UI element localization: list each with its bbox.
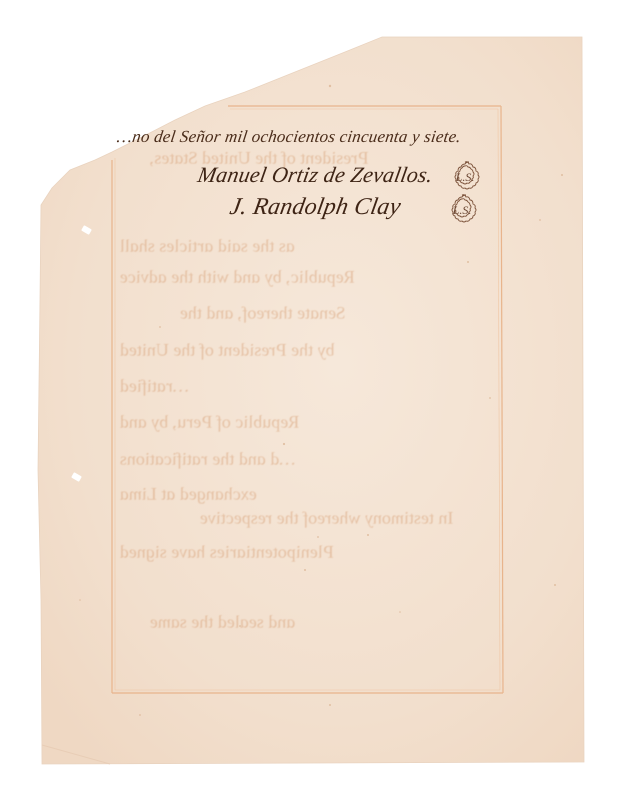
document-scene: President of the United States, as the s…	[0, 0, 620, 800]
bleed-line: …d and the ratifications	[118, 449, 297, 470]
seal-icon: L.S.	[448, 160, 482, 194]
bleed-line: as the said articles shall	[118, 236, 297, 257]
seal-label: L.S.	[448, 160, 482, 194]
seal-label: L.S.	[445, 193, 479, 227]
bleed-line: exchanged at Lima	[118, 484, 259, 505]
signature-j-randolph-clay: J. Randolph Clay	[228, 194, 403, 221]
paper-sheet	[0, 0, 620, 800]
bleed-line: Senate thereof, and the	[178, 303, 347, 324]
signature-manuel-ortiz-de-zevallos: Manuel Ortiz de Zevallos.	[196, 162, 435, 188]
bleed-line: Plenipotentiaries have signed	[118, 542, 336, 563]
bleed-line: …ratified	[118, 376, 191, 397]
closing-date-line: …no del Señor mil ochocientos cincuenta …	[116, 127, 463, 147]
seal-icon: L.S.	[445, 193, 479, 227]
bleed-line: In testimony whereof the respective	[198, 508, 455, 529]
bleed-line: by the President of the United	[118, 340, 336, 361]
bleed-line: Republic of Peru, by and	[118, 412, 301, 433]
bleed-line: Republic, by and with the advice	[118, 267, 357, 288]
bleed-line: and sealed the same	[148, 612, 297, 633]
